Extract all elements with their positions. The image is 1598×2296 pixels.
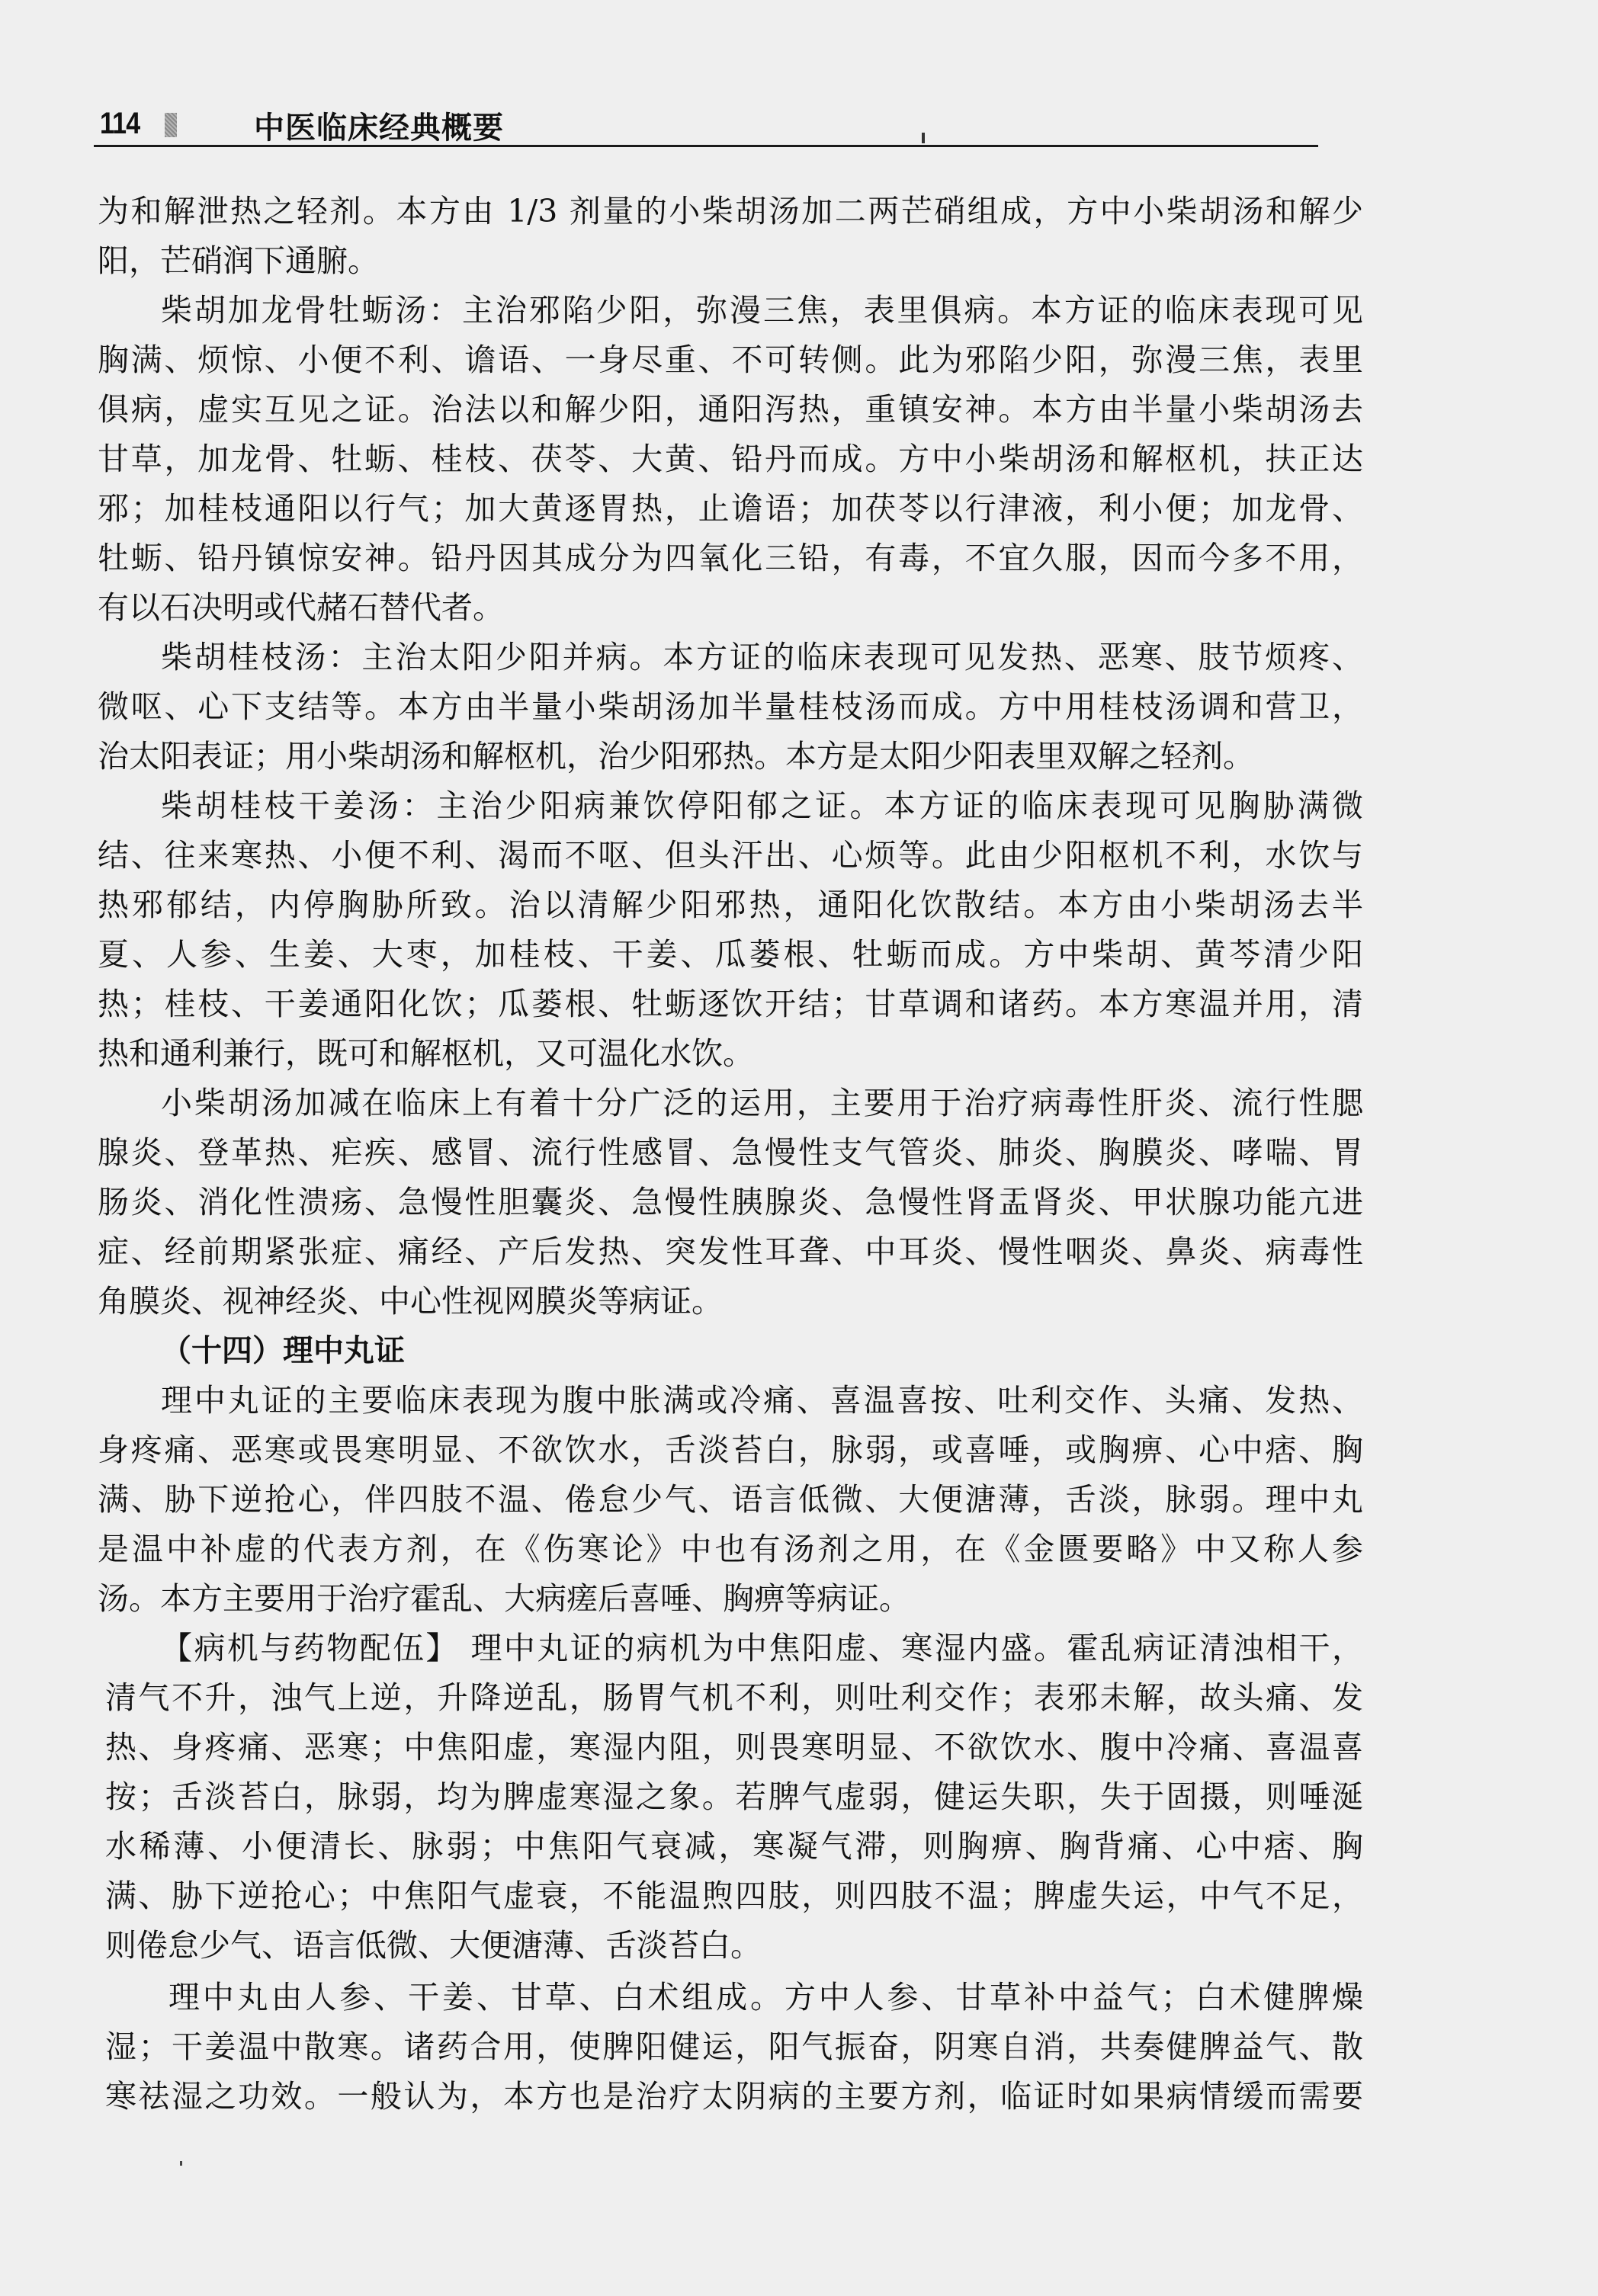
text-line: 水稀薄、小便清长、脉弱；中焦阳气衰减，寒凝气滞，则胸痹、胸背痛、心中痞、胸: [105, 1822, 1363, 1871]
page-header: 114 中医临床经典概要: [94, 98, 1318, 148]
text-line: 小柴胡汤加减在临床上有着十分广泛的运用，主要用于治疗病毒性肝炎、流行性腮: [98, 1079, 1363, 1128]
text-line: 热邪郁结，内停胸胁所致。治以清解少阳邪热，通阳化饮散结。本方由小柴胡汤去半: [98, 880, 1363, 930]
scan-speck: [922, 133, 925, 143]
scan-speck: [180, 2161, 182, 2166]
text-line: 甘草，加龙骨、牡蛎、桂枝、茯苓、大黄、铅丹而成。方中小柴胡汤和解枢机，扶正达: [98, 435, 1363, 484]
text-line: 满、胁下逆抢心，伴四肢不温、倦怠少气、语言低微、大便溏薄，舌淡，脉弱。理中丸: [98, 1475, 1363, 1525]
text-line: 邪；加桂枝通阳以行气；加大黄逐胃热，止谵语；加茯苓以行津液，利小便；加龙骨、: [98, 484, 1363, 534]
text-run: 理中丸证的病机为中焦阳虚、寒湿内盛。霍乱病证清浊相干，: [470, 1630, 1363, 1666]
paragraph-lizhongwan-intro: 理中丸证的主要临床表现为腹中胀满或冷痛、喜温喜按、吐利交作、头痛、发热、 身疼痛…: [98, 1376, 1363, 1624]
text-line: 理中丸由人参、干姜、甘草、白术组成。方中人参、甘草补中益气；白术健脾燥: [105, 1973, 1363, 2022]
header-ornament-square: [165, 113, 177, 137]
text-line: 柴胡加龙骨牡蛎汤：主治邪陷少阳，弥漫三焦，表里俱病。本方证的临床表现可见: [98, 286, 1363, 335]
text-line: 则倦怠少气、语言低微、大便溏薄、舌淡苔白。: [105, 1921, 1363, 1971]
paragraph-tiaowei-chengqi-end: 为和解泄热之轻剂。本方由 1/3 剂量的小柴胡汤加二两芒硝组成，方中小柴胡汤和解…: [98, 187, 1363, 286]
text-line: 俱病，虚实互见之证。治法以和解少阳，通阳泻热，重镇安神。本方由半量小柴胡汤去: [98, 385, 1363, 435]
text-line: 汤。本方主要用于治疗霍乱、大病瘥后喜唾、胸痹等病证。: [98, 1574, 1363, 1624]
text-line: 满、胁下逆抢心；中焦阳气虚衰，不能温煦四肢，则四肢不温；脾虚失运，中气不足，: [105, 1871, 1363, 1921]
header-rule: [94, 145, 1318, 147]
text-line: 治太阳表证；用小柴胡汤和解枢机，治少阳邪热。本方是太阳少阳表里双解之轻剂。: [98, 732, 1363, 781]
paragraph-xiaochaihu-applications: 小柴胡汤加减在临床上有着十分广泛的运用，主要用于治疗病毒性肝炎、流行性腮 腺炎、…: [98, 1079, 1363, 1326]
paragraph-chaihu-guizhi-ganjiang: 柴胡桂枝干姜汤：主治少阳病兼饮停阳郁之证。本方证的临床表现可见胸胁满微 结、往来…: [98, 781, 1363, 1079]
text-line: 热；桂枝、干姜通阳化饮；瓜蒌根、牡蛎逐饮开结；甘草调和诸药。本方寒温并用，清: [98, 980, 1363, 1029]
page-number: 114: [100, 107, 140, 141]
text-line: 阳，芒硝润下通腑。: [98, 236, 1363, 286]
text-line: 热和通利兼行，既可和解枢机，又可温化水饮。: [98, 1029, 1363, 1079]
paragraph-chaihu-longgu-muli: 柴胡加龙骨牡蛎汤：主治邪陷少阳，弥漫三焦，表里俱病。本方证的临床表现可见 胸满、…: [98, 286, 1363, 633]
text-line: 是温中补虚的代表方剂，在《伤寒论》中也有汤剂之用，在《金匮要略》中又称人参: [98, 1525, 1363, 1574]
text-line: 有以石决明或代赭石替代者。: [98, 583, 1363, 633]
text-line: 胸满、烦惊、小便不利、谵语、一身尽重、不可转侧。此为邪陷少阳，弥漫三焦，表里: [98, 335, 1363, 385]
text-line: 热、身疼痛、恶寒；中焦阳虚，寒湿内阻，则畏寒明显、不欲饮水、腹中冷痛、喜温喜: [105, 1723, 1363, 1772]
pathogenesis-label: 【病机与药物配伍】: [161, 1630, 459, 1666]
text-line: 柴胡桂枝干姜汤：主治少阳病兼饮停阳郁之证。本方证的临床表现可见胸胁满微: [98, 781, 1363, 831]
text-line: 理中丸证的主要临床表现为腹中胀满或冷痛、喜温喜按、吐利交作、头痛、发热、: [98, 1376, 1363, 1425]
paragraph-pathogenesis: 【病机与药物配伍】 理中丸证的病机为中焦阳虚、寒湿内盛。霍乱病证清浊相干， 清气…: [98, 1624, 1363, 1971]
text-line: 腺炎、登革热、疟疾、感冒、流行性感冒、急慢性支气管炎、肺炎、胸膜炎、哮喘、胃: [98, 1128, 1363, 1178]
page-body: 为和解泄热之轻剂。本方由 1/3 剂量的小柴胡汤加二两芒硝组成，方中小柴胡汤和解…: [98, 187, 1363, 2121]
text-line: 【病机与药物配伍】 理中丸证的病机为中焦阳虚、寒湿内盛。霍乱病证清浊相干，: [98, 1624, 1363, 1673]
text-line: 清气不升，浊气上逆，升降逆乱，肠胃气机不利，则吐利交作；表邪未解，故头痛、发: [105, 1673, 1363, 1723]
text-line: 夏、人参、生姜、大枣，加桂枝、干姜、瓜蒌根、牡蛎而成。方中柴胡、黄芩清少阳: [98, 930, 1363, 980]
text-line: 寒祛湿之功效。一般认为，本方也是治疗太阴病的主要方剂，临证时如果病情缓而需要: [105, 2072, 1363, 2121]
text-line: 牡蛎、铅丹镇惊安神。铅丹因其成分为四氧化三铅，有毒，不宜久服，因而今多不用，: [98, 534, 1363, 583]
text-line: 角膜炎、视神经炎、中心性视网膜炎等病证。: [98, 1277, 1363, 1326]
text-line: 结、往来寒热、小便不利、渴而不呕、但头汗出、心烦等。此由少阳枢机不利，水饮与: [98, 831, 1363, 880]
text-line: 按；舌淡苔白，脉弱，均为脾虚寒湿之象。若脾气虚弱，健运失职，失于固摄，则唾涎: [105, 1772, 1363, 1822]
text-line: 肠炎、消化性溃疡、急慢性胆囊炎、急慢性胰腺炎、急慢性肾盂肾炎、甲状腺功能亢进: [98, 1178, 1363, 1227]
text-line: 症、经前期紧张症、痛经、产后发热、突发性耳聋、中耳炎、慢性咽炎、鼻炎、病毒性: [98, 1227, 1363, 1277]
text-line: 微呕、心下支结等。本方由半量小柴胡汤加半量桂枝汤而成。方中用桂枝汤调和营卫，: [98, 682, 1363, 732]
paragraph-chaihu-guizhi: 柴胡桂枝汤：主治太阳少阳并病。本方证的临床表现可见发热、恶寒、肢节烦疼、 微呕、…: [98, 633, 1363, 781]
text-line: 为和解泄热之轻剂。本方由 1/3 剂量的小柴胡汤加二两芒硝组成，方中小柴胡汤和解…: [98, 187, 1363, 236]
text-line: 湿；干姜温中散寒。诸药合用，使脾阳健运，阳气振奋，阴寒自消，共奏健脾益气、散: [105, 2022, 1363, 2072]
book-title: 中医临床经典概要: [254, 104, 504, 147]
section-heading: （十四）理中丸证: [98, 1326, 1363, 1376]
paragraph-composition: 理中丸由人参、干姜、甘草、白术组成。方中人参、甘草补中益气；白术健脾燥 湿；干姜…: [98, 1973, 1363, 2121]
text-line: 柴胡桂枝汤：主治太阳少阳并病。本方证的临床表现可见发热、恶寒、肢节烦疼、: [98, 633, 1363, 682]
text-line: 身疼痛、恶寒或畏寒明显、不欲饮水，舌淡苔白，脉弱，或喜唾，或胸痹、心中痞、胸: [98, 1425, 1363, 1475]
